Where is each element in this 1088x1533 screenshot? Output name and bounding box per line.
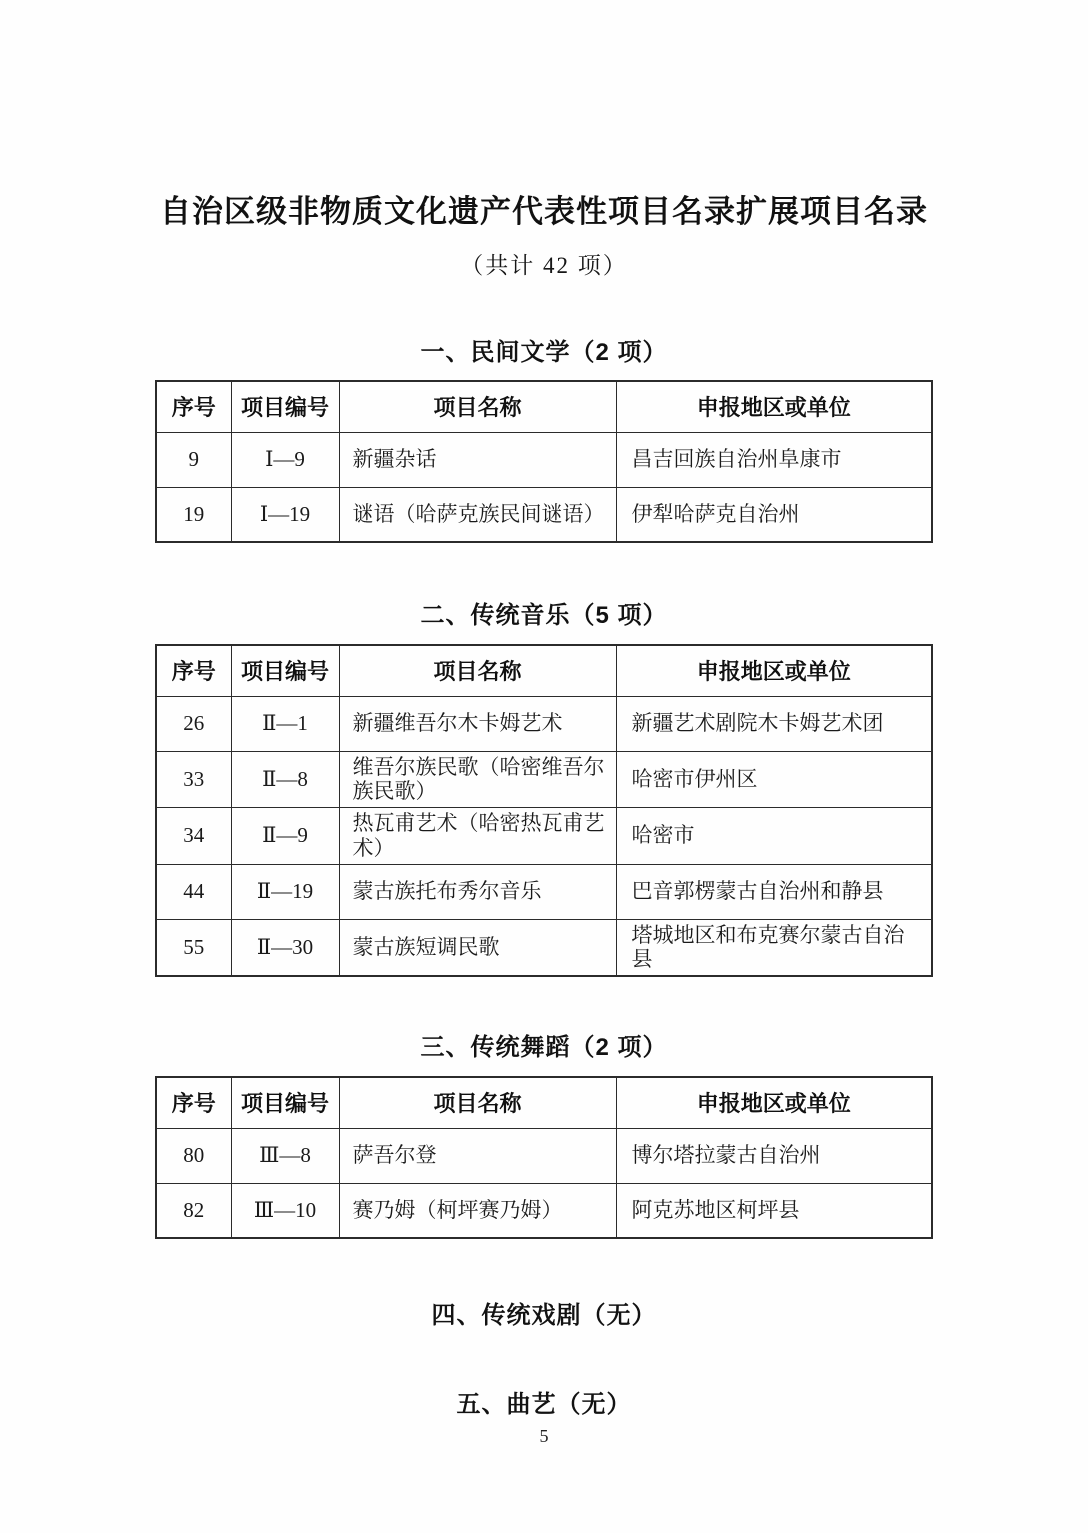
cell-seq: 9	[156, 432, 231, 487]
cell-name: 蒙古族短调民歌	[339, 919, 616, 976]
cell-name: 赛乃姆（柯坪赛乃姆）	[339, 1183, 616, 1238]
col-header-name: 项目名称	[339, 381, 616, 432]
table-row: 9 Ⅰ—9 新疆杂话 昌吉回族自治州阜康市	[156, 432, 932, 487]
cell-code: Ⅲ—10	[231, 1183, 339, 1238]
table-traditional-music: 序号 项目编号 项目名称 申报地区或单位 26 Ⅱ—1 新疆维吾尔木卡姆艺术 新…	[155, 644, 933, 977]
cell-name: 萨吾尔登	[339, 1128, 616, 1183]
table-row: 19 Ⅰ—19 谜语（哈萨克族民间谜语） 伊犁哈萨克自治州	[156, 487, 932, 542]
table-header-row: 序号 项目编号 项目名称 申报地区或单位	[156, 645, 932, 696]
col-header-code: 项目编号	[231, 645, 339, 696]
section-heading-quyi: 五、曲艺（无）	[0, 1384, 1088, 1419]
table-row: 44 Ⅱ—19 蒙古族托布秀尔音乐 巴音郭楞蒙古自治州和静县	[156, 864, 932, 919]
cell-unit: 哈密市伊州区	[616, 751, 932, 808]
table-row: 26 Ⅱ—1 新疆维吾尔木卡姆艺术 新疆艺术剧院木卡姆艺术团	[156, 696, 932, 751]
cell-unit: 新疆艺术剧院木卡姆艺术团	[616, 696, 932, 751]
table-row: 33 Ⅱ—8 维吾尔族民歌（哈密维吾尔族民歌） 哈密市伊州区	[156, 751, 932, 808]
cell-unit: 博尔塔拉蒙古自治州	[616, 1128, 932, 1183]
col-header-unit: 申报地区或单位	[616, 381, 932, 432]
col-header-unit: 申报地区或单位	[616, 645, 932, 696]
col-header-code: 项目编号	[231, 1077, 339, 1128]
cell-unit: 塔城地区和布克赛尔蒙古自治县	[616, 919, 932, 976]
cell-name: 新疆杂话	[339, 432, 616, 487]
table-folk-literature: 序号 项目编号 项目名称 申报地区或单位 9 Ⅰ—9 新疆杂话 昌吉回族自治州阜…	[155, 380, 933, 543]
section-heading-traditional-drama: 四、传统戏剧（无）	[0, 1295, 1088, 1330]
cell-name: 维吾尔族民歌（哈密维吾尔族民歌）	[339, 751, 616, 808]
table-row: 82 Ⅲ—10 赛乃姆（柯坪赛乃姆） 阿克苏地区柯坪县	[156, 1183, 932, 1238]
document-subtitle: （共计 42 项）	[0, 247, 1088, 280]
section-heading-traditional-music: 二、传统音乐（5 项）	[0, 595, 1088, 630]
cell-code: Ⅱ—9	[231, 808, 339, 865]
cell-name: 谜语（哈萨克族民间谜语）	[339, 487, 616, 542]
cell-unit: 巴音郭楞蒙古自治州和静县	[616, 864, 932, 919]
table-row: 34 Ⅱ—9 热瓦甫艺术（哈密热瓦甫艺术） 哈密市	[156, 808, 932, 865]
cell-seq: 26	[156, 696, 231, 751]
table-row: 80 Ⅲ—8 萨吾尔登 博尔塔拉蒙古自治州	[156, 1128, 932, 1183]
cell-code: Ⅱ—8	[231, 751, 339, 808]
cell-code: Ⅱ—19	[231, 864, 339, 919]
cell-code: Ⅰ—9	[231, 432, 339, 487]
cell-seq: 80	[156, 1128, 231, 1183]
cell-seq: 19	[156, 487, 231, 542]
table-header-row: 序号 项目编号 项目名称 申报地区或单位	[156, 381, 932, 432]
cell-name: 新疆维吾尔木卡姆艺术	[339, 696, 616, 751]
cell-name: 热瓦甫艺术（哈密热瓦甫艺术）	[339, 808, 616, 865]
cell-unit: 伊犁哈萨克自治州	[616, 487, 932, 542]
cell-seq: 34	[156, 808, 231, 865]
col-header-seq: 序号	[156, 645, 231, 696]
section-heading-folk-literature: 一、民间文学（2 项）	[0, 332, 1088, 367]
cell-seq: 33	[156, 751, 231, 808]
table-row: 55 Ⅱ—30 蒙古族短调民歌 塔城地区和布克赛尔蒙古自治县	[156, 919, 932, 976]
cell-unit: 阿克苏地区柯坪县	[616, 1183, 932, 1238]
page-number: 5	[0, 1426, 1088, 1447]
col-header-unit: 申报地区或单位	[616, 1077, 932, 1128]
cell-code: Ⅱ—1	[231, 696, 339, 751]
col-header-name: 项目名称	[339, 1077, 616, 1128]
col-header-code: 项目编号	[231, 381, 339, 432]
table-header-row: 序号 项目编号 项目名称 申报地区或单位	[156, 1077, 932, 1128]
document-page: 自治区级非物质文化遗产代表性项目名录扩展项目名录 （共计 42 项） 一、民间文…	[0, 0, 1088, 1533]
cell-name: 蒙古族托布秀尔音乐	[339, 864, 616, 919]
table-traditional-dance: 序号 项目编号 项目名称 申报地区或单位 80 Ⅲ—8 萨吾尔登 博尔塔拉蒙古自…	[155, 1076, 933, 1239]
cell-unit: 哈密市	[616, 808, 932, 865]
document-title: 自治区级非物质文化遗产代表性项目名录扩展项目名录	[0, 0, 1088, 231]
cell-code: Ⅱ—30	[231, 919, 339, 976]
cell-seq: 44	[156, 864, 231, 919]
col-header-seq: 序号	[156, 381, 231, 432]
cell-unit: 昌吉回族自治州阜康市	[616, 432, 932, 487]
cell-seq: 82	[156, 1183, 231, 1238]
cell-code: Ⅲ—8	[231, 1128, 339, 1183]
section-heading-traditional-dance: 三、传统舞蹈（2 项）	[0, 1027, 1088, 1062]
col-header-seq: 序号	[156, 1077, 231, 1128]
col-header-name: 项目名称	[339, 645, 616, 696]
cell-seq: 55	[156, 919, 231, 976]
cell-code: Ⅰ—19	[231, 487, 339, 542]
